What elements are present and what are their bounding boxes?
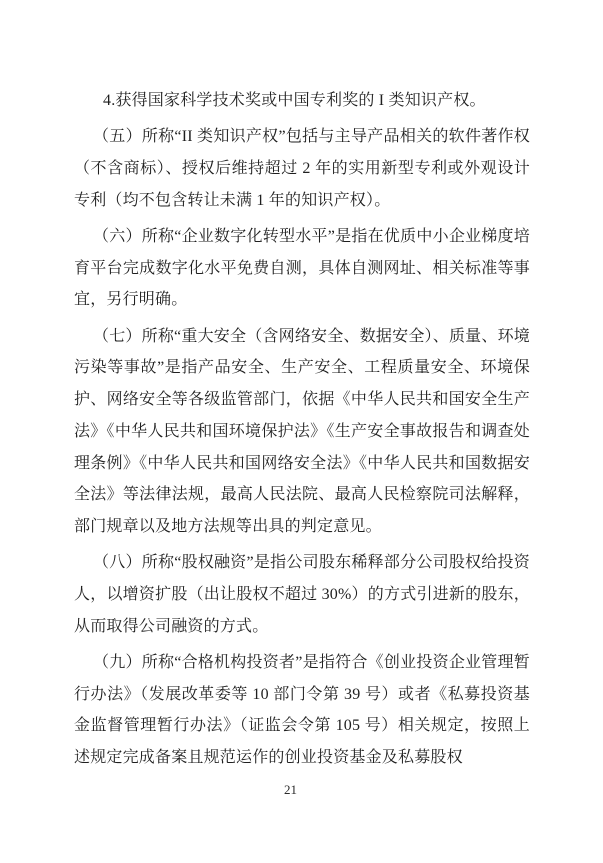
paragraph-clause-7: （七）所称“重大安全（含网络安全、数据安全）、质量、环境污染等事故”是指产品安全… (74, 321, 530, 543)
page-footer: 21 (0, 781, 603, 799)
paragraph-clause-5: （五）所称“II 类知识产权”包括与主导产品相关的软件著作权（不含商标）、授权后… (74, 121, 530, 216)
page-number: 21 (284, 782, 297, 798)
paragraph-item-4: 4.获得国家科学技术奖或中国专利奖的 I 类知识产权。 (74, 85, 530, 117)
document-text-body: 4.获得国家科学技术奖或中国专利奖的 I 类知识产权。 （五）所称“II 类知识… (74, 85, 530, 774)
paragraph-clause-9: （九）所称“合格机构投资者”是指符合《创业投资企业管理暂行办法》（发展改革委等 … (74, 647, 530, 774)
paragraph-clause-6: （六）所称“企业数字化转型水平”是指在优质中小企业梯度培育平台完成数字化水平免费… (74, 221, 530, 316)
paragraph-clause-8: （八）所称“股权融资”是指公司股东稀释部分公司股权给投资人，以增资扩股（出让股权… (74, 547, 530, 642)
document-page: 4.获得国家科学技术奖或中国专利奖的 I 类知识产权。 （五）所称“II 类知识… (0, 0, 603, 863)
